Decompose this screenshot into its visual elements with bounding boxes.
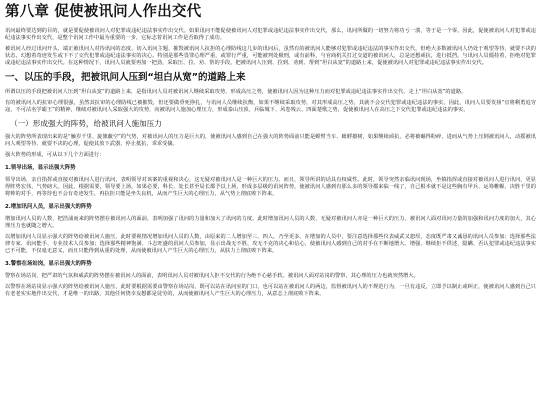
point-3-paragraph-1: 警察在场站岗，把严肃的气氛和威武的阵势摆在被讯问人的面前，表明讯问人员对被讯问人…	[5, 273, 536, 280]
point-3-paragraph-2: 以警察在场站岗显示强大的阵势给被讯问人施压，此时要根据需要由警察在场站岗，既可以…	[5, 284, 536, 298]
point-1-paragraph-1: 领导出场，亲自指挥或直接对被讯问人进行讯问，表明领导对该案的重视和决心，这无疑对…	[5, 177, 536, 198]
section-1-paragraph-1: 所谓以压的手段把被讯问人压到“坦白从宽”的道路上来，是指讯问人员对被讯问人继续采…	[5, 89, 536, 96]
point-3-title: 3.警察在场站岗，显示出强大的阵势	[5, 261, 536, 268]
document-page: 第八章 促使被讯问人作出交代 讯问最终要达到的目的，就是要促使被讯问人对犯罪或违…	[0, 0, 540, 298]
subsection-1-paragraph-1: 强大的阵势所表现出来的是“触岁千里、旋旗蔽空”的气势，对被讯问人的压力是巨大的，…	[5, 134, 536, 148]
subsection-1-title: （一）形成强大的阵势，给被讯问人施加压力	[10, 119, 536, 129]
point-2-paragraph-2: 以增加讯问人员显示强大的阵势给被讯问人施压，此时要视情况增加讯问人员的人数，由原…	[5, 234, 536, 255]
subsection-1-paragraph-2: 强大阵势的形成，可从以下几个方面进行：	[5, 152, 536, 159]
chapter-title: 第八章 促使被讯问人作出交代	[5, 3, 536, 21]
intro-paragraph-2: 被讯问人经过讯问开头、端正被讯问人对待讯问的态度、切入讯问主题、摧毁被讯问人抗拒…	[5, 46, 536, 67]
intro-paragraph-1: 讯问最终要达到的目的，就是要促使被讯问人对犯罪或违纪违法事实作出交代。如果讯问不…	[5, 28, 536, 42]
section-1-paragraph-2: 有的被讯问人的抗审心理很强，虽然其抗审的心理防线已被摧毁，但还要做垂死挣扎，与讯…	[5, 100, 536, 114]
point-1-title: 1.领导出场，显示出强大阵势	[5, 165, 536, 172]
section-1-title: 一、以压的手段，把被讯问人压到“坦白从宽”的道路上来	[5, 72, 536, 84]
point-2-title: 2.增加讯问人员，显示出强大的阵势	[5, 204, 536, 211]
point-2-paragraph-1: 增加讯问人员的人数，把浩浦而来的阵势摆在被讯问人的面前，表明加强了讯问的力量和加…	[5, 216, 536, 230]
